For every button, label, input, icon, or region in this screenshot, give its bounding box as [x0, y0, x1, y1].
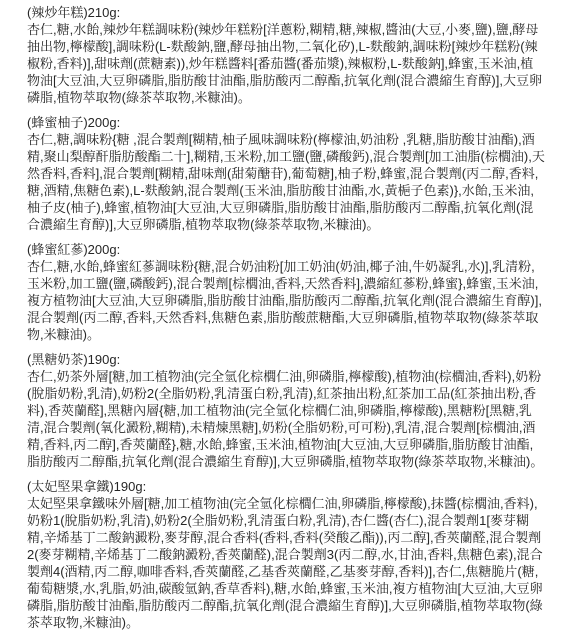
ingredient-paragraph: 杏仁,糖,水飴,蜂蜜紅蔘調味粉{糖,混合奶油粉[加工奶油(奶油,椰子油,牛奶凝乳…: [27, 258, 545, 343]
product-section: (黑糖奶茶)190g: 杏仁,奶茶外層[糖,加工植物油(完全氫化棕櫚仁油,卵磷脂…: [27, 351, 545, 470]
ingredient-paragraph: 杏仁,糖,調味粉{糖 ,混合製劑[糊精,柚子風味調味粉(檸檬油,奶油粉 ,乳糖,…: [27, 131, 545, 233]
product-section: (辣炒年糕)210g: 杏仁,糖,水飴,辣炒年糕調味粉(辣炒年糕粉[洋蔥粉,糊精…: [27, 4, 545, 106]
product-heading: (辣炒年糕)210g:: [27, 4, 545, 21]
ingredient-paragraph: 太妃堅果拿鐵味外層[糖,加工植物油(完全氫化棕櫚仁油,卵磷脂,檸檬酸),抹醬(棕…: [27, 495, 545, 631]
product-heading: (黑糖奶茶)190g:: [27, 351, 545, 368]
product-section: (蜂蜜紅蔘)200g: 杏仁,糖,水飴,蜂蜜紅蔘調味粉{糖,混合奶油粉[加工奶油…: [27, 241, 545, 343]
product-heading: (蜂蜜紅蔘)200g:: [27, 241, 545, 258]
product-section: (太妃堅果拿鐵)190g: 太妃堅果拿鐵味外層[糖,加工植物油(完全氫化棕櫚仁油…: [27, 478, 545, 631]
product-heading: (蜂蜜柚子)200g:: [27, 114, 545, 131]
product-heading: (太妃堅果拿鐵)190g:: [27, 478, 545, 495]
ingredient-document: (辣炒年糕)210g: 杏仁,糖,水飴,辣炒年糕調味粉(辣炒年糕粉[洋蔥粉,糊精…: [0, 0, 569, 631]
product-section: (蜂蜜柚子)200g: 杏仁,糖,調味粉{糖 ,混合製劑[糊精,柚子風味調味粉(…: [27, 114, 545, 233]
ingredient-paragraph: 杏仁,糖,水飴,辣炒年糕調味粉(辣炒年糕粉[洋蔥粉,糊精,糖,辣椒,醬油(大豆,…: [27, 21, 545, 106]
ingredient-paragraph: 杏仁,奶茶外層[糖,加工植物油(完全氫化棕櫚仁油,卵磷脂,檸檬酸),植物油(棕櫚…: [27, 368, 545, 470]
